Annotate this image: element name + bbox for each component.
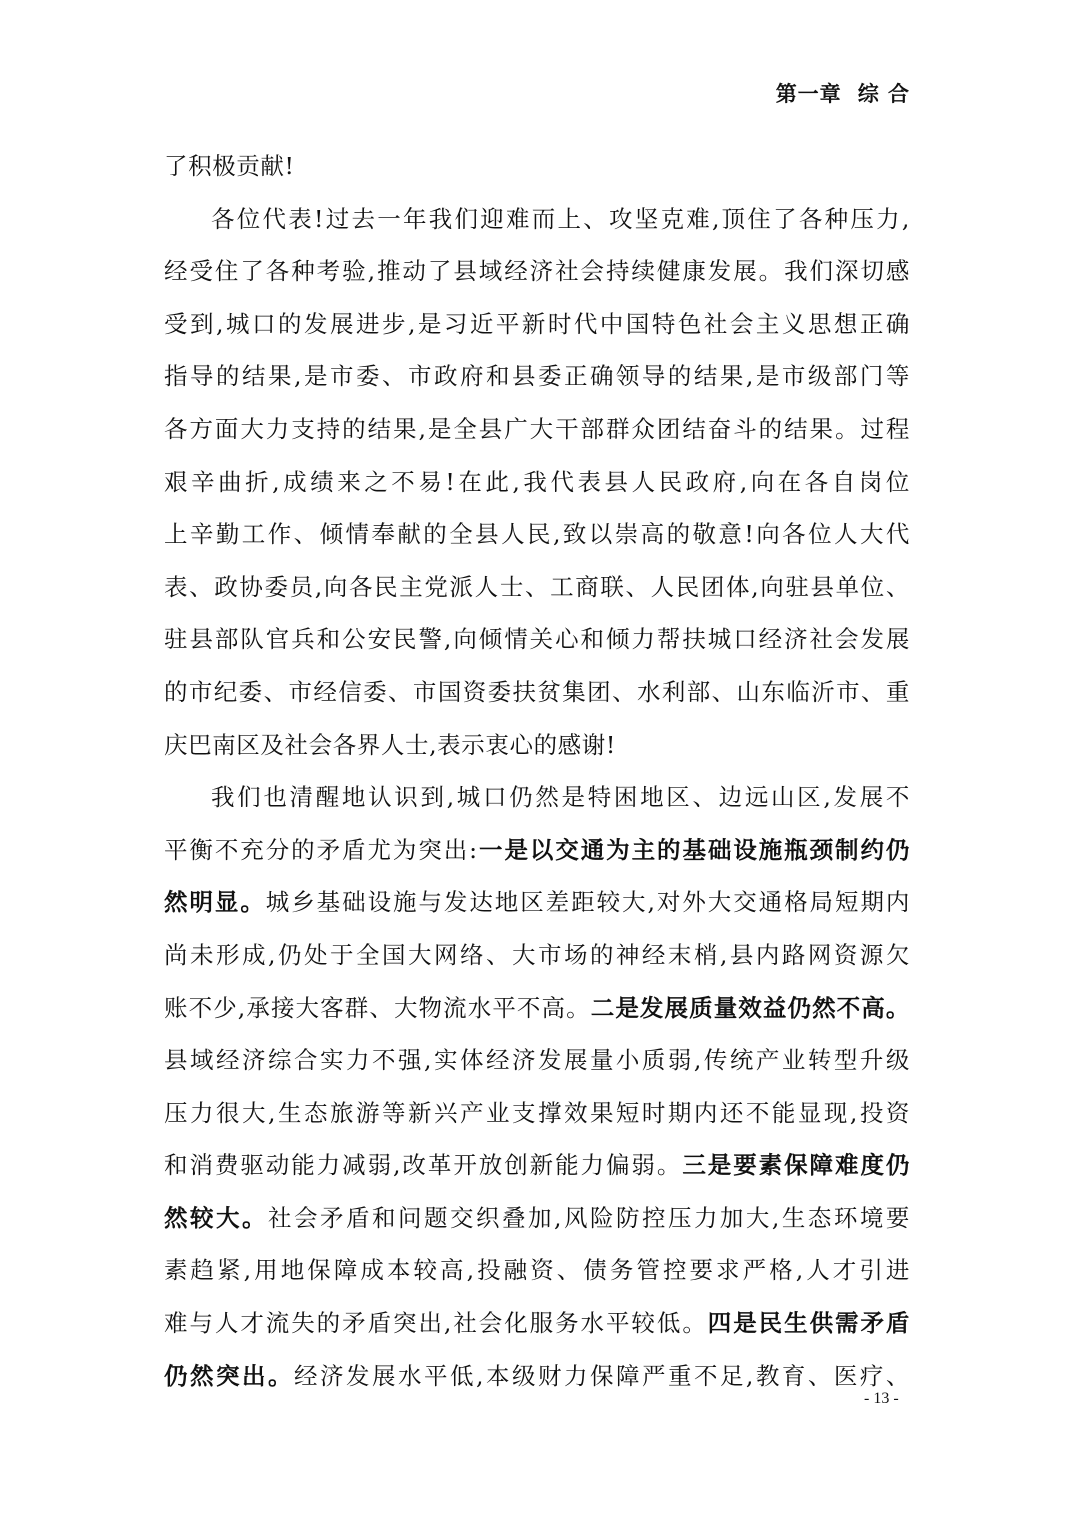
text-line: 各位代表!过去一年我们迎难而上、攻坚克难,顶住了各种压力, — [164, 193, 910, 246]
body-text: 指导的结果,是市委、市政府和县委正确领导的结果,是市级部门等 — [164, 362, 910, 390]
body-text: 账不少,承接大客群、大物流水平不高。 — [164, 994, 591, 1022]
chapter-label: 第一章 — [776, 82, 842, 106]
body-text: 经济发展水平低,本级财力保障严重不足,教育、医疗、 — [294, 1362, 910, 1390]
body-text: 难与人才流失的矛盾突出,社会化服务水平较低。 — [164, 1309, 708, 1337]
bold-heading-text: 二是发展质量效益仍然不高。 — [591, 994, 910, 1022]
text-line: 平衡不充分的矛盾尤为突出:一是以交通为主的基础设施瓶颈制约仍 — [164, 824, 910, 877]
body-text: 表、政协委员,向各民主党派人士、工商联、人民团体,向驻县单位、 — [164, 573, 910, 601]
body-text: 艰辛曲折,成绩来之不易!在此,我代表县人民政府,向在各自岗位 — [164, 468, 910, 496]
text-line: 艰辛曲折,成绩来之不易!在此,我代表县人民政府,向在各自岗位 — [164, 456, 910, 509]
bold-heading-text: 一是以交通为主的基础设施瓶颈制约仍 — [478, 836, 910, 864]
body-text: 尚未形成,仍处于全国大网络、大市场的神经末梢,县内路网资源欠 — [164, 941, 910, 969]
body-text: 上辛勤工作、倾情奉献的全县人民,致以崇高的敬意!向各位人大代 — [164, 520, 910, 548]
text-line: 表、政协委员,向各民主党派人士、工商联、人民团体,向驻县单位、 — [164, 561, 910, 614]
text-line: 各方面大力支持的结果,是全县广大干部群众团结奋斗的结果。过程 — [164, 403, 910, 456]
body-text: 平衡不充分的矛盾尤为突出: — [164, 836, 478, 864]
text-line: 我们也清醒地认识到,城口仍然是特困地区、边远山区,发展不 — [164, 771, 910, 824]
body-text: 了积极贡献! — [164, 152, 295, 180]
text-line: 经受住了各种考验,推动了县域经济社会持续健康发展。我们深切感 — [164, 245, 910, 298]
text-line: 然明显。城乡基础设施与发达地区差距较大,对外大交通格局短期内 — [164, 876, 910, 929]
text-line: 素趋紧,用地保障成本较高,投融资、债务管控要求严格,人才引进 — [164, 1244, 910, 1297]
body-text: 压力很大,生态旅游等新兴产业支撑效果短时期内还不能显现,投资 — [164, 1099, 910, 1127]
body-text: 驻县部队官兵和公安民警,向倾情关心和倾力帮扶城口经济社会发展 — [164, 625, 910, 653]
text-line: 指导的结果,是市委、市政府和县委正确领导的结果,是市级部门等 — [164, 350, 910, 403]
body-text: 各方面大力支持的结果,是全县广大干部群众团结奋斗的结果。过程 — [164, 415, 910, 443]
chapter-title: 综 合 — [858, 82, 910, 106]
running-header: 第一章综 合 — [776, 78, 910, 108]
bold-heading-text: 三是要素保障难度仍 — [682, 1151, 910, 1179]
text-line: 庆巴南区及社会各界人士,表示衷心的感谢! — [164, 719, 910, 772]
text-line: 受到,城口的发展进步,是习近平新时代中国特色社会主义思想正确 — [164, 298, 910, 351]
body-text: 庆巴南区及社会各界人士,表示衷心的感谢! — [164, 731, 616, 759]
document-body: 了积极贡献!各位代表!过去一年我们迎难而上、攻坚克难,顶住了各种压力,经受住了各… — [164, 140, 910, 1402]
page-number: - 13 - — [864, 1390, 899, 1408]
text-line: 压力很大,生态旅游等新兴产业支撑效果短时期内还不能显现,投资 — [164, 1087, 910, 1140]
body-text: 县域经济综合实力不强,实体经济发展量小质弱,传统产业转型升级 — [164, 1046, 910, 1074]
text-line: 了积极贡献! — [164, 140, 910, 193]
bold-heading-text: 然较大。 — [164, 1204, 268, 1232]
body-text: 我们也清醒地认识到,城口仍然是特困地区、边远山区,发展不 — [211, 783, 910, 811]
text-line: 然较大。社会矛盾和问题交织叠加,风险防控压力加大,生态环境要 — [164, 1192, 910, 1245]
bold-heading-text: 仍然突出。 — [164, 1362, 294, 1390]
body-text: 素趋紧,用地保障成本较高,投融资、债务管控要求严格,人才引进 — [164, 1256, 910, 1284]
body-text: 各位代表!过去一年我们迎难而上、攻坚克难,顶住了各种压力, — [211, 205, 910, 233]
text-line: 县域经济综合实力不强,实体经济发展量小质弱,传统产业转型升级 — [164, 1034, 910, 1087]
bold-heading-text: 然明显。 — [164, 888, 266, 916]
body-text: 和消费驱动能力减弱,改革开放创新能力偏弱。 — [164, 1151, 682, 1179]
text-line: 和消费驱动能力减弱,改革开放创新能力偏弱。三是要素保障难度仍 — [164, 1139, 910, 1192]
text-line: 尚未形成,仍处于全国大网络、大市场的神经末梢,县内路网资源欠 — [164, 929, 910, 982]
body-text: 城乡基础设施与发达地区差距较大,对外大交通格局短期内 — [266, 888, 910, 916]
body-text: 的市纪委、市经信委、市国资委扶贫集团、水利部、山东临沂市、重 — [164, 678, 910, 706]
text-line: 仍然突出。经济发展水平低,本级财力保障严重不足,教育、医疗、 — [164, 1350, 910, 1403]
text-line: 难与人才流失的矛盾突出,社会化服务水平较低。四是民生供需矛盾 — [164, 1297, 910, 1350]
body-text: 受到,城口的发展进步,是习近平新时代中国特色社会主义思想正确 — [164, 310, 910, 338]
text-line: 上辛勤工作、倾情奉献的全县人民,致以崇高的敬意!向各位人大代 — [164, 508, 910, 561]
text-line: 的市纪委、市经信委、市国资委扶贫集团、水利部、山东临沂市、重 — [164, 666, 910, 719]
body-text: 经受住了各种考验,推动了县域经济社会持续健康发展。我们深切感 — [164, 257, 910, 285]
bold-heading-text: 四是民生供需矛盾 — [708, 1309, 910, 1337]
text-line: 驻县部队官兵和公安民警,向倾情关心和倾力帮扶城口经济社会发展 — [164, 613, 910, 666]
text-line: 账不少,承接大客群、大物流水平不高。二是发展质量效益仍然不高。 — [164, 982, 910, 1035]
body-text: 社会矛盾和问题交织叠加,风险防控压力加大,生态环境要 — [268, 1204, 910, 1232]
